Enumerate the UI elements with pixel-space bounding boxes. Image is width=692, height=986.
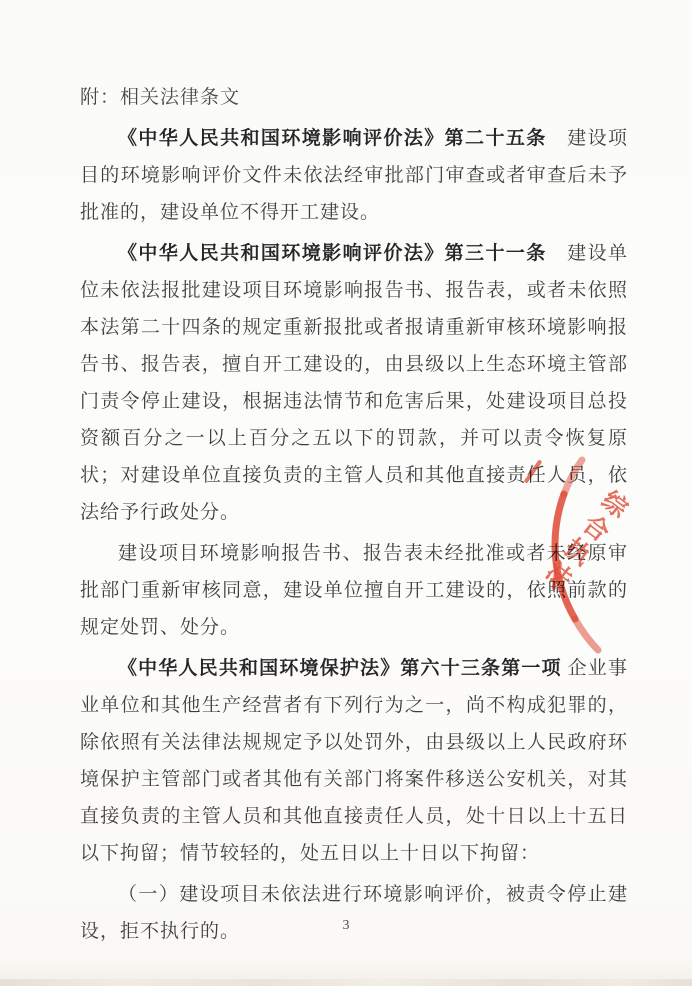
legal-paragraph: （一）建设项目未依法进行环境影响评价，被责令停止建设，拒不执行的。 — [80, 876, 628, 950]
legal-paragraph: 《中华人民共和国环境影响评价法》第三十一条 建设单位未依法报批建设项目环境影响报… — [80, 235, 628, 531]
law-article-reference: 《中华人民共和国环境保护法》第六十三条第一项 — [118, 658, 562, 679]
paragraph-text: 企业事业单位和其他生产经营者有下列行为之一，尚不构成犯罪的，除依照有关法律法规规… — [80, 658, 628, 864]
legal-paragraph: 《中华人民共和国环境影响评价法》第二十五条 建设项目的环境影响评价文件未依法经审… — [80, 120, 628, 231]
legal-paragraph: 建设项目环境影响报告书、报告表未经批准或者未经原审批部门重新审核同意，建设单位擅… — [80, 535, 628, 646]
page-number: 3 — [0, 918, 692, 934]
paragraph-text: 建设项目环境影响报告书、报告表未经批准或者未经原审批部门重新审核同意，建设单位擅… — [80, 543, 628, 638]
document-body: 附：相关法律条文 《中华人民共和国环境影响评价法》第二十五条 建设项目的环境影响… — [80, 79, 628, 950]
attachment-heading: 附：相关法律条文 — [80, 79, 628, 116]
law-article-reference: 《中华人民共和国环境影响评价法》第二十五条 — [118, 128, 547, 149]
document-page: 附：相关法律条文 《中华人民共和国环境影响评价法》第二十五条 建设项目的环境影响… — [0, 0, 692, 986]
paragraph-text: 建设单位未依法报批建设项目环境影响报告书、报告表，或者未依照本法第二十四条的规定… — [80, 243, 628, 523]
law-article-reference: 《中华人民共和国环境影响评价法》第三十一条 — [118, 243, 547, 264]
legal-paragraph: 《中华人民共和国环境保护法》第六十三条第一项 企业事业单位和其他生产经营者有下列… — [80, 650, 628, 872]
page-bottom-edge — [0, 979, 692, 986]
